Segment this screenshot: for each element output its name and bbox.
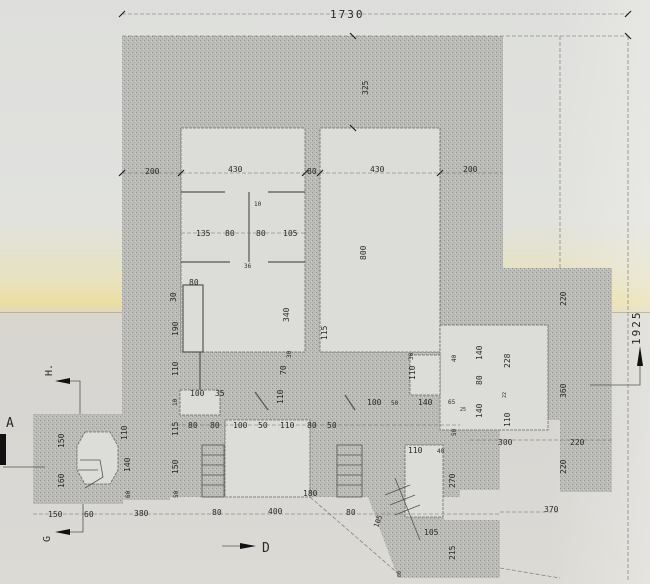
arrow-right-icon bbox=[637, 346, 643, 366]
label-a: A bbox=[6, 416, 14, 431]
dim-col-115: 115 bbox=[171, 421, 180, 436]
dim-room-left: 430 bbox=[228, 165, 243, 174]
court-lower bbox=[225, 420, 310, 497]
dim-30: 30 bbox=[286, 350, 293, 358]
dim-lower-100: 100 bbox=[233, 421, 248, 430]
dim-rb-100: 100 bbox=[367, 398, 382, 407]
dim-ramp-60: 60 bbox=[397, 571, 403, 577]
dim-lower-80c: 80 bbox=[307, 421, 317, 430]
dim-fr-80: 80 bbox=[475, 375, 484, 385]
dim-small-wall: 10 bbox=[254, 201, 262, 208]
dim-st-60: 60 bbox=[125, 490, 132, 498]
dim-col-50: 50 bbox=[173, 490, 180, 498]
dim-lower-80a: 80 bbox=[188, 421, 198, 430]
dim-80-lower: 80 bbox=[189, 278, 199, 287]
dim-st-110: 110 bbox=[120, 425, 129, 440]
room-right-upper bbox=[320, 128, 440, 352]
dim-fr-360: 360 bbox=[559, 383, 568, 398]
dim-fr-220: 220 bbox=[570, 438, 585, 447]
dim-rb-140: 140 bbox=[418, 398, 433, 407]
dim-70: 70 bbox=[279, 365, 288, 375]
dim-fr-370: 370 bbox=[544, 505, 559, 514]
corridor-right-lower bbox=[405, 445, 443, 517]
stair-octagon bbox=[77, 432, 118, 484]
arrow-a-icon bbox=[0, 434, 6, 465]
dim-entry-35: 35 bbox=[215, 389, 225, 398]
dim-overall-width: 1730 bbox=[330, 8, 365, 21]
dim-rb-50: 50 bbox=[391, 400, 399, 407]
dim-row-80a: 80 bbox=[225, 229, 235, 238]
dim-bottom-60: 60 bbox=[84, 510, 94, 519]
dim-rb-40: 40 bbox=[451, 354, 458, 362]
dim-left-wall: 200 bbox=[145, 167, 160, 176]
dim-bottom-380: 380 bbox=[134, 509, 149, 518]
dim-ramp-105b: 105 bbox=[424, 528, 439, 537]
dim-fr-220-depth: 220 bbox=[559, 459, 568, 474]
dim-rb-270: 270 bbox=[448, 473, 457, 488]
dim-30-side: 30 bbox=[169, 292, 178, 302]
dim-st-140: 140 bbox=[123, 457, 132, 472]
dim-overall-height: 1925 bbox=[630, 311, 643, 346]
dim-fr-140-top: 140 bbox=[475, 345, 484, 360]
dim-rb-bottom-40: 40 bbox=[437, 448, 445, 455]
dim-st-150: 150 bbox=[57, 433, 66, 448]
dim-bottom-400: 400 bbox=[268, 507, 283, 516]
room-far-right bbox=[440, 325, 548, 430]
dim-lower-110: 110 bbox=[280, 421, 295, 430]
dim-col-150: 150 bbox=[171, 459, 180, 474]
dim-partition: 80 bbox=[307, 167, 317, 176]
dim-rb-65: 65 bbox=[448, 399, 456, 406]
dim-lower-50: 50 bbox=[258, 421, 268, 430]
dim-fr-110: 110 bbox=[503, 412, 512, 427]
dim-entry-100: 100 bbox=[190, 389, 205, 398]
dim-col-10: 10 bbox=[172, 398, 179, 406]
dim-fr-228: 228 bbox=[503, 353, 512, 368]
dim-rb-bottom-110: 110 bbox=[408, 446, 423, 455]
dim-rb-110: 110 bbox=[408, 365, 417, 380]
dim-door-gap: 36 bbox=[244, 263, 252, 270]
dim-bottom-150: 150 bbox=[48, 510, 63, 519]
label-g: G bbox=[42, 536, 53, 542]
dim-bottom-80b: 80 bbox=[346, 508, 356, 517]
dim-190: 190 bbox=[171, 321, 180, 336]
dim-115: 115 bbox=[320, 325, 329, 340]
dim-st-160: 160 bbox=[57, 473, 66, 488]
dim-ramp-215: 215 bbox=[448, 545, 457, 560]
dim-rb-stair-50: 50 bbox=[451, 428, 458, 436]
dim-lower-80b: 80 bbox=[210, 421, 220, 430]
arrow-h-icon bbox=[55, 378, 70, 384]
dim-rb-25: 25 bbox=[460, 407, 466, 413]
dim-340: 340 bbox=[282, 307, 291, 322]
floor-plan-sheet: 1730 1925 325 200 430 80 430 200 800 10 … bbox=[0, 0, 650, 584]
dim-fr-220-top: 220 bbox=[559, 291, 568, 306]
dim-rb-30: 30 bbox=[408, 352, 415, 360]
dim-fr-300: 300 bbox=[498, 438, 513, 447]
dim-bottom-80a: 80 bbox=[212, 508, 222, 517]
dim-lower-50b: 50 bbox=[327, 421, 337, 430]
dim-row-135: 135 bbox=[196, 229, 211, 238]
label-d: D bbox=[262, 541, 270, 556]
arrow-d-icon bbox=[240, 543, 256, 549]
arrow-g-icon bbox=[55, 529, 70, 535]
dim-court-180: 180 bbox=[303, 489, 318, 498]
dim-top-wall: 325 bbox=[361, 80, 370, 95]
dim-fr-140-bottom: 140 bbox=[475, 403, 484, 418]
dim-row-80b: 80 bbox=[256, 229, 266, 238]
section-marker-h: H. bbox=[44, 364, 80, 414]
dim-room-right-depth: 800 bbox=[359, 245, 368, 260]
dim-right-wall: 200 bbox=[463, 165, 478, 174]
dim-fr-22: 22 bbox=[502, 392, 508, 398]
dim-110-left: 110 bbox=[171, 361, 180, 376]
dim-mid-110: 110 bbox=[276, 389, 285, 404]
label-h: H. bbox=[44, 364, 55, 376]
dim-room-right: 430 bbox=[370, 165, 385, 174]
section-marker-d: D bbox=[222, 541, 270, 556]
dim-row-105: 105 bbox=[283, 229, 298, 238]
